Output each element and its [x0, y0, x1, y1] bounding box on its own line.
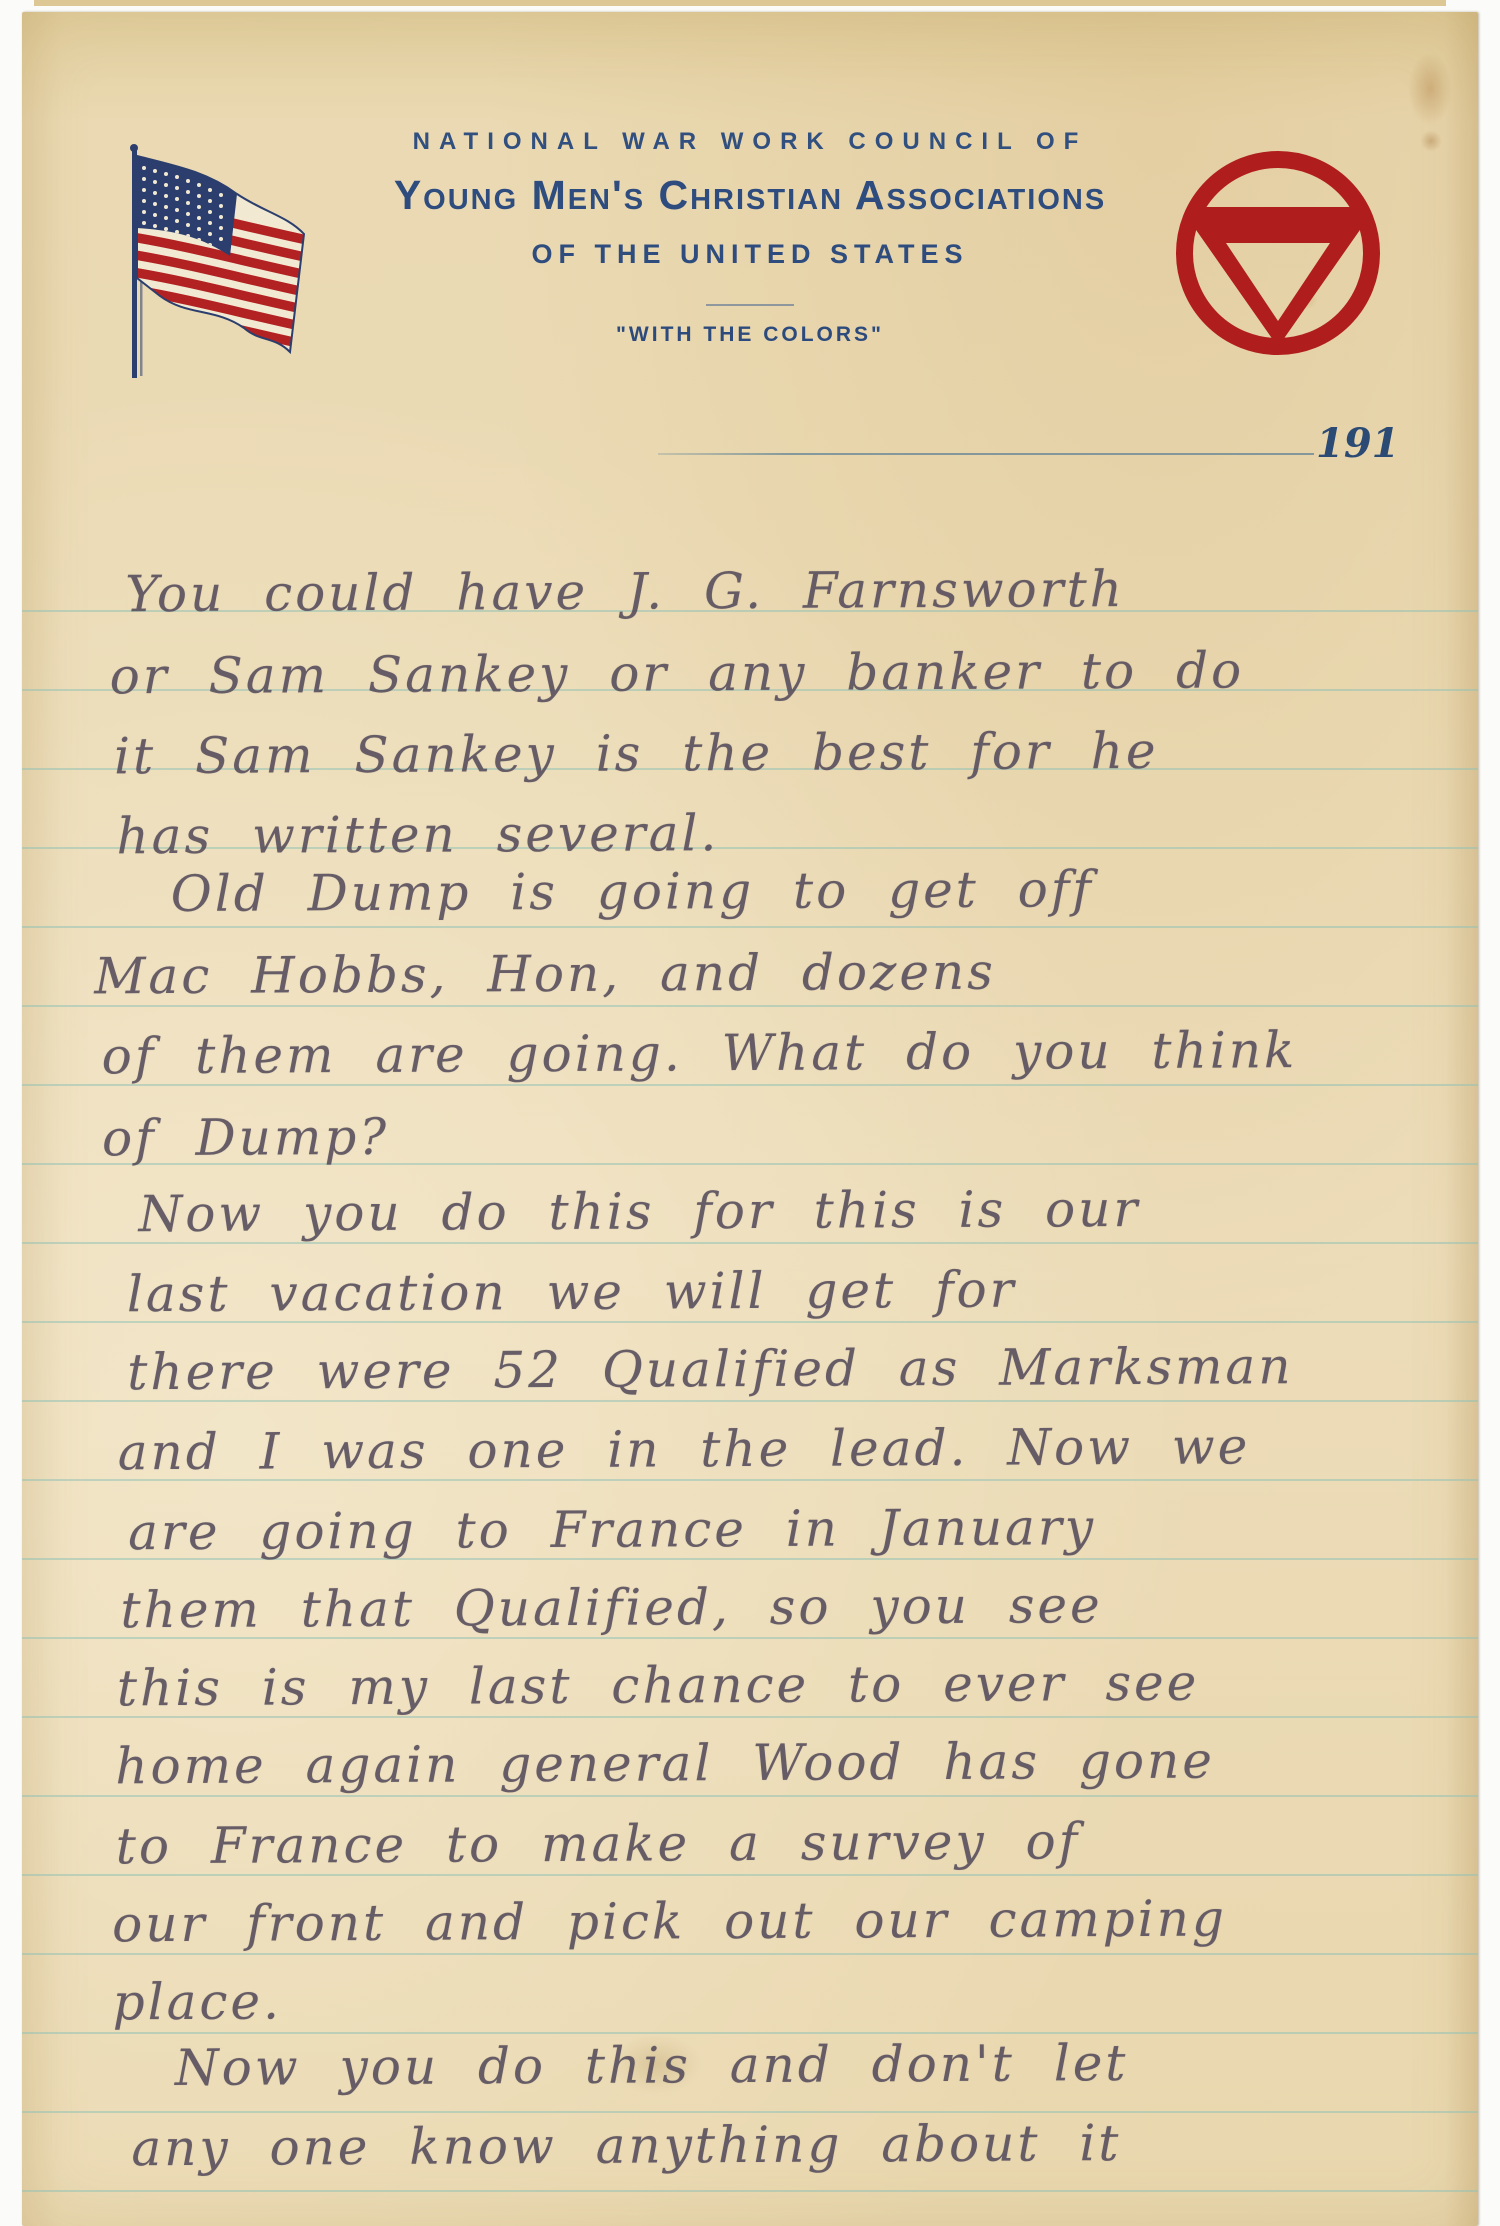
page-edge-sliver — [34, 0, 1446, 6]
handwriting-line: there were 52 Qualified as Marksman — [127, 1341, 1293, 1397]
handwriting-line: Now you do this and don't let — [175, 2038, 1129, 2093]
handwriting-line: Now you do this for this is our — [138, 1184, 1140, 1239]
handwriting-line: of them are going. What do you think — [102, 1025, 1298, 1081]
letter-page: NATIONAL WAR WORK COUNCIL OF Young Men's… — [22, 12, 1478, 2226]
scanned-letter: NATIONAL WAR WORK COUNCIL OF Young Men's… — [0, 0, 1500, 2226]
handwriting-line: place. — [112, 1976, 282, 2027]
handwriting-line: our front and pick out our camping — [112, 1894, 1227, 1950]
handwriting-line: and I was one in the lead. Now we — [118, 1421, 1251, 1477]
handwriting-line: Mac Hobbs, Hon, and dozens — [94, 947, 996, 1002]
handwriting-line: are going to France in January — [128, 1502, 1096, 1557]
handwriting-line: any one know anything about it — [131, 2118, 1121, 2173]
handwriting-line: last vacation we will get for — [127, 1265, 1017, 1320]
handwriting-line: it Sam Sankey is the best for he — [114, 726, 1159, 781]
handwriting-line: or Sam Sankey or any banker to do — [110, 645, 1245, 701]
handwriting-line: has written several. — [116, 808, 719, 861]
handwriting-block: You could have J. G. Farnsworthor Sam Sa… — [16, 8, 1484, 2226]
handwriting-line: this is my last chance to ever see — [117, 1658, 1199, 1714]
handwriting-line: home again general Wood has gone — [115, 1736, 1215, 1792]
handwriting-line: them that Qualified, so you see — [120, 1580, 1102, 1635]
handwriting-line: You could have J. G. Farnsworth — [125, 564, 1125, 619]
handwriting-line: of Dump? — [102, 1112, 389, 1164]
handwriting-line: to France to make a survey of — [116, 1816, 1081, 1871]
handwriting-line: Old Dump is going to get off — [171, 864, 1094, 919]
